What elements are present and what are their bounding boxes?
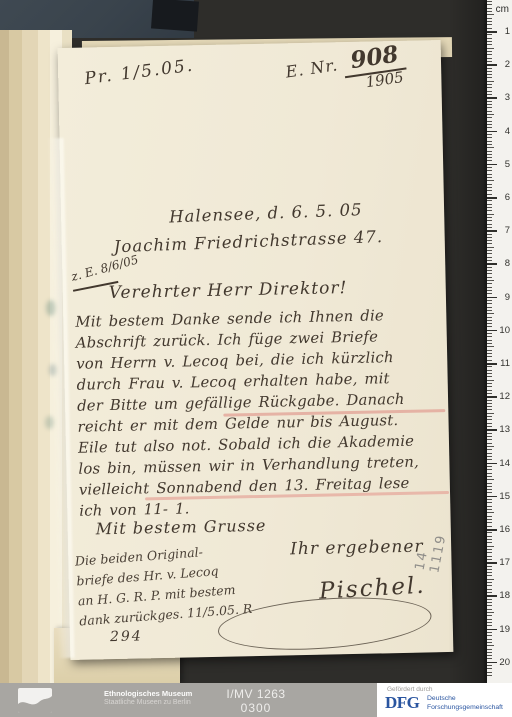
ruler-tick	[487, 390, 492, 391]
ruler-tick	[487, 496, 497, 498]
letter-salutation: Verehrter Herr Direktor!	[109, 278, 348, 303]
ruler-tick	[487, 197, 497, 199]
ruler-tick	[487, 562, 497, 564]
ruler-tick	[487, 237, 492, 238]
ruler-tick	[487, 409, 492, 410]
ruler-tick	[487, 519, 492, 520]
background-shade	[448, 0, 487, 683]
ruler-tick	[487, 160, 492, 161]
ruler-tick	[487, 456, 492, 457]
ruler-tick	[487, 323, 492, 324]
ruler-tick	[487, 263, 497, 265]
ruler-tick	[487, 506, 492, 507]
ruler-tick	[487, 605, 492, 606]
ruler-tick	[487, 14, 494, 15]
ruler-tick	[487, 87, 492, 88]
ruler-tick	[487, 247, 494, 248]
scan-image-number: 0300	[176, 701, 336, 715]
ruler-number: 20	[499, 657, 510, 668]
ruler-tick	[487, 522, 492, 523]
ruler-tick	[487, 612, 494, 613]
ruler-tick	[487, 187, 492, 188]
archival-scan-viewer: Pr. 1/5.05. E. Nr. 908 1905 Halensee, d.…	[0, 0, 512, 717]
ruler-tick	[487, 539, 492, 540]
ruler-tick	[487, 277, 492, 278]
ruler-tick	[487, 516, 492, 517]
ruler-tick	[487, 310, 492, 311]
ruler-tick	[487, 400, 492, 401]
ruler-tick	[487, 346, 494, 347]
ruler-tick	[487, 356, 492, 357]
ruler-tick	[487, 54, 492, 55]
ruler-tick	[487, 635, 492, 636]
ruler-tick	[487, 220, 492, 221]
ruler-tick	[487, 64, 497, 66]
ruler-tick	[487, 403, 492, 404]
ruler-tick	[487, 97, 497, 99]
ruler-number: 6	[505, 192, 510, 203]
ruler-tick	[487, 658, 492, 659]
ruler-tick	[487, 104, 492, 105]
ruler-tick	[487, 642, 492, 643]
ruler-tick	[487, 579, 494, 580]
ruler-tick	[487, 134, 492, 135]
ruler-tick	[487, 280, 494, 281]
ruler-tick	[487, 8, 492, 9]
ruler-tick	[487, 665, 492, 666]
ruler-number: 18	[499, 590, 510, 601]
ruler-tick	[487, 649, 492, 650]
ruler-tick	[487, 210, 492, 211]
ruler-tick	[487, 443, 492, 444]
ruler-tick	[487, 609, 492, 610]
dfg-logo: DFG	[385, 693, 419, 713]
ruler-tick	[487, 18, 492, 19]
ruler-tick	[487, 569, 492, 570]
ruler-tick	[487, 317, 492, 318]
ruler-tick	[487, 94, 492, 95]
ruler-tick	[487, 51, 492, 52]
ruler-number: 8	[505, 258, 510, 269]
letter-page: Pr. 1/5.05. E. Nr. 908 1905 Halensee, d.…	[58, 40, 454, 660]
ruler-tick	[487, 353, 492, 354]
ruler-tick	[487, 393, 492, 394]
ruler-tick	[487, 592, 492, 593]
ruler-tick	[487, 552, 492, 553]
ruler-tick	[487, 502, 492, 503]
ruler-tick	[487, 184, 492, 185]
ruler-tick	[487, 436, 492, 437]
ruler-tick	[487, 11, 492, 12]
ruler-tick	[487, 416, 492, 417]
ruler-tick	[487, 234, 492, 235]
museum-logo-icon	[18, 688, 52, 713]
ruler-tick	[487, 350, 492, 351]
dfg-funding-panel: Gefördert durch DFG Deutsche Forschungsg…	[377, 683, 512, 717]
ruler-number: 4	[505, 126, 510, 137]
ruler-tick	[487, 446, 494, 447]
ruler-tick	[487, 127, 492, 128]
ruler-tick	[487, 655, 492, 656]
ruler-number: 11	[500, 358, 510, 369]
ruler-number: 1	[505, 26, 510, 37]
ruler-tick	[487, 164, 497, 166]
ruler-tick	[487, 260, 492, 261]
ruler-tick	[487, 167, 492, 168]
ruler-tick	[487, 1, 492, 2]
ruler-tick	[487, 101, 492, 102]
ruler-tick	[487, 396, 497, 398]
ruler-tick	[487, 326, 492, 327]
ruler-number: 16	[499, 524, 510, 535]
ruler-tick	[487, 290, 492, 291]
ruler-tick	[487, 622, 492, 623]
margin-registry-note: z. E. 8/6/05	[70, 252, 140, 284]
ruler-tick	[487, 170, 492, 171]
ruler-tick	[487, 74, 492, 75]
ruler-tick	[487, 363, 497, 365]
ruler-tick	[487, 532, 492, 533]
ruler-tick	[487, 602, 492, 603]
ruler-tick	[487, 34, 492, 35]
ruler-tick	[487, 330, 497, 332]
ruler-tick	[487, 144, 492, 145]
ruler-tick	[487, 91, 492, 92]
ruler-tick	[487, 250, 492, 251]
ruler-tick	[487, 476, 492, 477]
ruler-tick	[487, 190, 492, 191]
ruler-tick	[487, 373, 492, 374]
ruler-tick	[487, 380, 494, 381]
ruler-tick	[487, 48, 494, 49]
funding-label: Gefördert durch	[387, 686, 433, 693]
ruler-tick	[487, 566, 492, 567]
ruler-tick	[487, 559, 492, 560]
ruler-tick	[487, 114, 494, 115]
letter-closing: Mit bestem Grusse	[96, 516, 267, 539]
binding-shadow-piece	[151, 0, 199, 32]
ruler-tick	[487, 645, 494, 646]
ruler-tick	[487, 549, 492, 550]
ruler-tick	[487, 668, 492, 669]
ruler-tick	[487, 589, 492, 590]
ruler-tick	[487, 489, 492, 490]
ruler-tick	[487, 449, 492, 450]
ruler-tick	[487, 542, 492, 543]
ruler-tick	[487, 423, 492, 424]
inventory-number: I/MV 1263	[176, 687, 336, 701]
ruler-number: 3	[505, 92, 510, 103]
ruler-tick	[487, 366, 492, 367]
dfg-org-line2: Forschungsgemeinschaft	[427, 704, 503, 713]
ruler-tick	[487, 499, 492, 500]
ruler-tick	[487, 200, 492, 201]
wave-glyph	[18, 688, 52, 713]
ruler-tick	[487, 469, 492, 470]
ruler-tick	[487, 194, 492, 195]
ruler-tick	[487, 473, 492, 474]
ruler-tick	[487, 536, 492, 537]
ruler-tick	[487, 406, 492, 407]
ruler-tick	[487, 177, 492, 178]
folio-number: 294	[110, 628, 143, 645]
ruler-tick	[487, 243, 492, 244]
ruler-tick	[487, 141, 492, 142]
ruler-tick	[487, 486, 492, 487]
ruler-tick	[487, 230, 497, 232]
ruler-tick	[487, 204, 492, 205]
ruler-tick	[487, 147, 494, 148]
ruler-tick	[487, 639, 492, 640]
ruler-tick	[487, 343, 492, 344]
ruler-tick	[487, 512, 494, 513]
ruler-tick	[487, 376, 492, 377]
ruler-number: 15	[499, 491, 510, 502]
ruler-tick	[487, 383, 492, 384]
ruler-tick	[487, 180, 494, 181]
ruler-tick	[487, 303, 492, 304]
ruler-tick	[487, 21, 492, 22]
ruler-tick	[487, 174, 492, 175]
letter-body: Mit bestem Danke sende ich Ihnen dieAbsc…	[75, 304, 447, 522]
ruler-tick	[487, 386, 492, 387]
ruler-number: 10	[499, 325, 510, 336]
ruler-tick	[487, 463, 497, 465]
ruler-tick	[487, 652, 492, 653]
ruler-tick	[487, 273, 492, 274]
ruler-tick	[487, 107, 492, 108]
ruler-tick	[487, 419, 492, 420]
ruler-tick	[487, 599, 492, 600]
ruler-tick	[487, 38, 492, 39]
ruler-number: 13	[499, 424, 510, 435]
ruler-tick	[487, 632, 492, 633]
ruler-tick	[487, 307, 492, 308]
ruler-tick	[487, 675, 492, 676]
ruler-tick	[487, 154, 492, 155]
ruler-tick	[487, 151, 492, 152]
ruler-tick	[487, 466, 492, 467]
ruler-number: 12	[499, 391, 510, 402]
ruler-tick	[487, 625, 492, 626]
ruler-tick	[487, 227, 492, 228]
ruler-tick	[487, 526, 492, 527]
ruler-tick	[487, 615, 492, 616]
ruler-tick	[487, 619, 492, 620]
ruler-tick	[487, 360, 492, 361]
ruler-tick	[487, 68, 492, 69]
ruler-tick	[487, 28, 492, 29]
film-frame-number: 14 1119	[413, 530, 450, 574]
dfg-org-line1: Deutsche	[427, 695, 503, 704]
ruler-tick	[487, 287, 492, 288]
ruler-tick	[487, 509, 492, 510]
ruler-tick	[487, 131, 497, 133]
registry-number-block: E. Nr. 908 1905	[284, 40, 409, 103]
ruler-tick	[487, 257, 492, 258]
ruler-number: 2	[505, 59, 510, 70]
letter-signature: Pischel.	[318, 573, 426, 605]
ruler-tick	[487, 529, 497, 531]
ruler-tick	[487, 240, 492, 241]
ruler-tick	[487, 207, 492, 208]
ruler-tick	[487, 61, 492, 62]
ruler-tick	[487, 58, 492, 59]
ruler-tick	[487, 111, 492, 112]
archive-footer-bar: Ethnologisches Museum Staatliche Museen …	[0, 683, 512, 717]
ruler-tick	[487, 433, 492, 434]
ruler-tick	[487, 313, 494, 314]
ruler-tick	[487, 297, 497, 299]
ruler-tick	[487, 4, 492, 5]
ruler-tick	[487, 453, 492, 454]
presented-date-note: Pr. 1/5.05.	[83, 56, 195, 90]
ruler-tick	[487, 492, 492, 493]
ruler-tick	[487, 556, 492, 557]
ruler-tick	[487, 629, 497, 631]
ruler-tick	[487, 662, 497, 664]
ruler-tick	[487, 575, 492, 576]
letter-place-date: Halensee, d. 6. 5. 05	[169, 200, 363, 226]
ruler-tick	[487, 270, 492, 271]
ruler-unit-label: cm	[496, 4, 509, 15]
ruler-tick	[487, 267, 492, 268]
ruler-tick	[487, 426, 492, 427]
ruler-number: 5	[505, 159, 510, 170]
ruler-tick	[487, 483, 492, 484]
ruler-tick	[487, 429, 497, 431]
ruler-tick	[487, 137, 492, 138]
ruler-tick	[487, 293, 492, 294]
ruler-tick	[487, 572, 492, 573]
ruler-tick	[487, 41, 492, 42]
ruler-tick	[487, 124, 492, 125]
dfg-organization-name: Deutsche Forschungsgemeinschaft	[427, 695, 503, 712]
ruler-tick	[487, 672, 492, 673]
ruler-tick	[487, 217, 492, 218]
ruler-tick	[487, 459, 492, 460]
ruler-tick	[487, 582, 492, 583]
ruler-tick	[487, 413, 494, 414]
ruler-tick	[487, 71, 492, 72]
ruler-tick	[487, 117, 492, 118]
ruler-number: 7	[505, 225, 510, 236]
ruler-number: 14	[499, 458, 510, 469]
ruler-tick	[487, 81, 494, 82]
ruler-tick	[487, 44, 492, 45]
ruler-tick	[487, 585, 492, 586]
ruler-number: 9	[505, 292, 510, 303]
letter-valediction: Ihr ergebener	[290, 537, 424, 560]
ruler-tick	[487, 333, 492, 334]
letter-street-address: Joachim Friedrichstrasse 47.	[113, 227, 383, 256]
ruler-number: 17	[499, 557, 510, 568]
ruler-tick	[487, 253, 492, 254]
ruler-number: 19	[499, 624, 510, 635]
ruler-tick	[487, 24, 492, 25]
ruler-tick	[487, 439, 492, 440]
ruler-tick	[487, 479, 494, 480]
ruler-tick	[487, 224, 492, 225]
ruler-tick	[487, 31, 497, 33]
ruler-tick	[487, 340, 492, 341]
ruler-tick	[487, 300, 492, 301]
ruler-tick	[487, 320, 492, 321]
ruler-tick	[487, 77, 492, 78]
ruler-tick	[487, 546, 494, 547]
ruler-tick	[487, 157, 492, 158]
ruler-tick	[487, 595, 497, 597]
ruler-tick	[487, 283, 492, 284]
cm-ruler: cm 1234567891011121314151617181920	[487, 0, 512, 683]
ruler-tick	[487, 214, 494, 215]
ruler-tick	[487, 370, 492, 371]
ruler-tick	[487, 84, 492, 85]
ruler-tick	[487, 121, 492, 122]
ruler-tick	[487, 336, 492, 337]
